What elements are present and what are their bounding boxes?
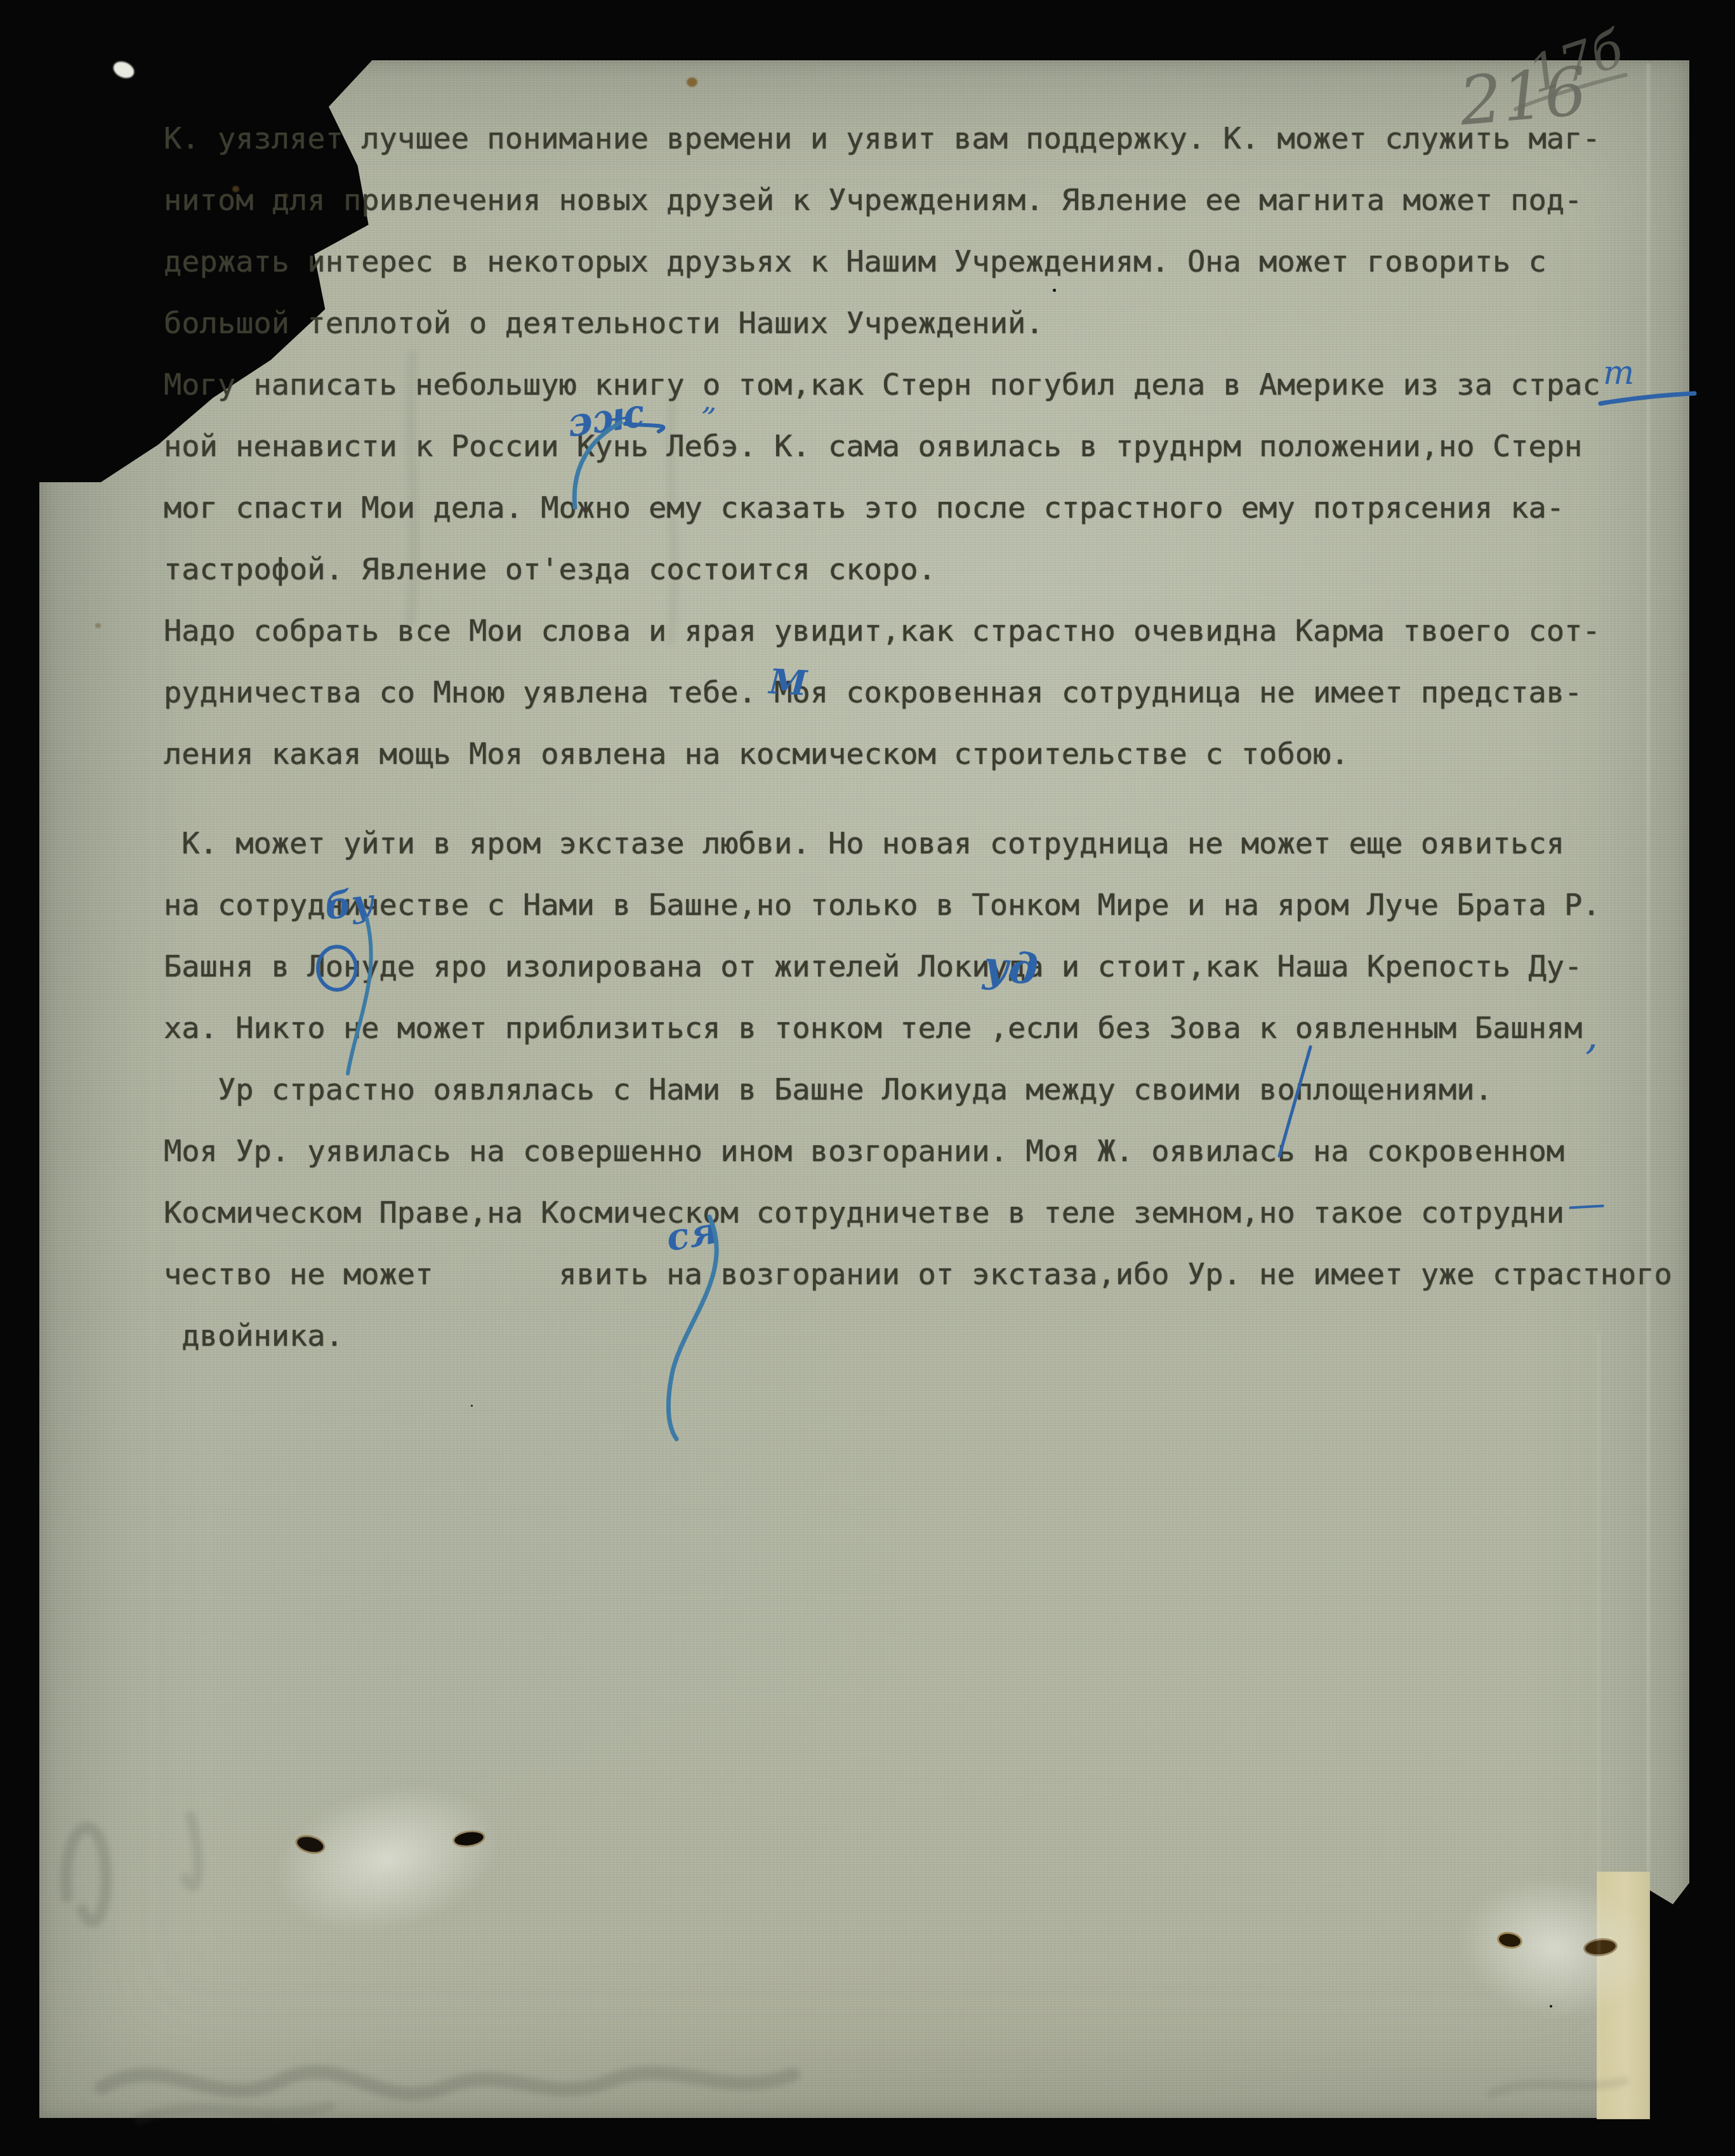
ink-t-correction: т xyxy=(1603,357,1634,390)
ink-ud-correction: уд xyxy=(982,945,1039,990)
ink-m-correction: М xyxy=(769,664,808,700)
ink-insertion-above-kun: эж xyxy=(564,393,645,443)
scan-background: К. уязляет лучшее понимание времени и уя… xyxy=(0,0,1735,2156)
foxing-spot xyxy=(687,77,697,87)
paragraph: Ур страстно оявлялась с Нами в Башне Лок… xyxy=(164,1059,1699,1367)
ink-dash-line18: — xyxy=(1566,1184,1606,1224)
fold-crease xyxy=(1598,1332,1600,2113)
typed-line: большой теплотой о деятельности Наших Уч… xyxy=(164,293,1699,354)
typed-line: Надо собрать все Мои слова и ярая увидит… xyxy=(164,600,1699,662)
torn-edge-bottom-right xyxy=(1649,1869,1735,2156)
paragraph: К. уязляет лучшее понимание времени и уя… xyxy=(164,108,1699,354)
typed-line: Моя Ур. уявилась на совершенно ином возг… xyxy=(164,1121,1699,1182)
typed-line: ха. Никто не может приблизиться в тонком… xyxy=(164,997,1699,1059)
typed-line: К. может уйти в яром экстазе любви. Но н… xyxy=(164,813,1699,874)
typed-line: ной ненависти к России Кунь Лебэ. К. сам… xyxy=(164,416,1699,477)
typed-line: Ур страстно оявлялась с Нами в Башне Лок… xyxy=(164,1059,1699,1121)
ink-inserted-comma: , xyxy=(1585,1015,1598,1056)
typed-line: рудничества со Мною уявлена тебе. Моя со… xyxy=(164,662,1699,723)
paragraph: Надо собрать все Мои слова и ярая увидит… xyxy=(164,600,1699,785)
typed-line: Космическом Праве,на Космическом сотрудн… xyxy=(164,1182,1699,1244)
typed-line: двойника. xyxy=(164,1305,1699,1367)
typed-line: на сотрудничестве с Нами в Башне,но толь… xyxy=(164,874,1699,936)
typed-line: Башня в Лонуде яро изолирована от жителе… xyxy=(164,936,1699,997)
typed-line: Могу написать небольшую книгу о том,как … xyxy=(164,354,1699,416)
foxing-spot xyxy=(95,623,101,628)
typed-line: мог спасти Мои дела. Можно ему сказать э… xyxy=(164,477,1699,539)
ink-bu-correction: бу xyxy=(323,883,375,925)
typed-line: ления какая мощь Моя оявлена на космичес… xyxy=(164,723,1699,785)
typed-line: тастрофой. Явление от'езда состоится ско… xyxy=(164,539,1699,600)
typed-line: нитом для привлечения новых друзей к Учр… xyxy=(164,169,1699,231)
paragraph: Могу написать небольшую книгу о том,как … xyxy=(164,354,1699,600)
dust-speck xyxy=(471,1405,473,1407)
dust-speck xyxy=(1550,2005,1552,2008)
paragraph: К. может уйти в яром экстазе любви. Но н… xyxy=(164,813,1699,1059)
typed-line: чество не может явить на возгорании от э… xyxy=(164,1244,1699,1305)
ink-sya-insertion: ся xyxy=(664,1211,721,1256)
typed-line: держать интерес в некоторых друзьях к На… xyxy=(164,231,1699,293)
typed-text: К. уязляет лучшее понимание времени и уя… xyxy=(164,108,1699,1367)
